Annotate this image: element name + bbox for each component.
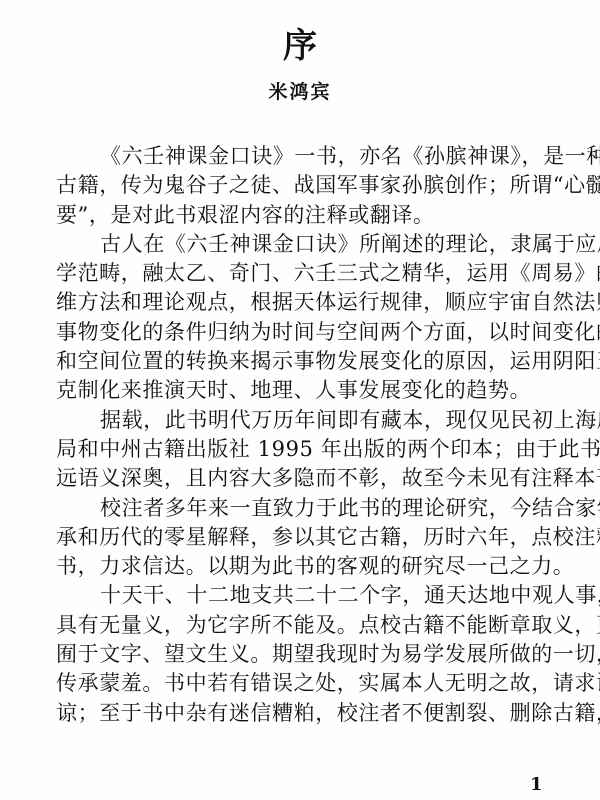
text-line: 学范畴，融太乙、奇门、六壬三式之精华，运用《周易》的思 <box>56 259 562 288</box>
text-line: 具有无量义，为它字所不能及。点校古籍不能断章取义，更不能 <box>56 611 562 640</box>
page-number: 1 <box>530 775 543 795</box>
text-line: 传承蒙羞。书中若有错误之处，实属本人无明之故，请求读者原 <box>56 669 562 698</box>
text-line: 古人在《六壬神课金口诀》所阐述的理论，隶属于应用易 <box>56 230 562 259</box>
text-line: 古籍，传为鬼谷子之徒、战国军事家孙膑创作；所谓“心髓指 <box>56 171 562 200</box>
text-line: 书，力求信达。以期为此书的客观的研究尽一己之力。 <box>56 552 562 581</box>
text-line: 和空间位置的转换来揭示事物发展变化的原因，运用阴阳五行生 <box>56 347 562 376</box>
author-name: 米鸿宾 <box>0 80 600 104</box>
text-line: 十天干、十二地支共二十二个字，通天达地中观人事，字字 <box>56 581 562 610</box>
text-line: 局和中州古籍出版社 1995 年出版的两个印本；由于此书历史久 <box>56 435 562 464</box>
paragraph: 校注者多年来一直致力于此书的理论研究，今结合家学之传 承和历代的零星解释，参以其… <box>56 494 562 582</box>
text-line: 要”，是对此书艰涩内容的注释或翻译。 <box>56 201 562 230</box>
paragraph: 《六壬神课金口诀》一书，亦名《孙膑神课》，是一种稀见 古籍，传为鬼谷子之徒、战国… <box>56 142 562 230</box>
paragraph: 古人在《六壬神课金口诀》所阐述的理论，隶属于应用易 学范畴，融太乙、奇门、六壬三… <box>56 230 562 406</box>
text-line: 维方法和理论观点，根据天体运行规律，顺应宇宙自然法则，将 <box>56 288 562 317</box>
text-line: 囿于文字、望文生义。期望我现时为易学发展所做的一切，不令 <box>56 640 562 669</box>
text-line: 远语义深奥，且内容大多隐而不彰，故至今未见有注释本刊行。 <box>56 464 562 493</box>
text-line: 克制化来推演天时、地理、人事发展变化的趋势。 <box>56 376 562 405</box>
text-line: 事物变化的条件归纳为时间与空间两个方面，以时间变化的规律 <box>56 318 562 347</box>
text-line: 《六壬神课金口诀》一书，亦名《孙膑神课》，是一种稀见 <box>56 142 562 171</box>
page-title: 序 <box>0 26 600 66</box>
text-line: 校注者多年来一直致力于此书的理论研究，今结合家学之传 <box>56 494 562 523</box>
text-line: 承和历代的零星解释，参以其它古籍，历时六年，点校注释全 <box>56 523 562 552</box>
book-page: 序 米鸿宾 《六壬神课金口诀》一书，亦名《孙膑神课》，是一种稀见 古籍，传为鬼谷… <box>0 0 600 800</box>
preface-body: 《六壬神课金口诀》一书，亦名《孙膑神课》，是一种稀见 古籍，传为鬼谷子之徒、战国… <box>56 142 562 728</box>
text-line: 谅；至于书中杂有迷信糟粕，校注者不便割裂、删除古籍，谨如 <box>56 699 562 728</box>
paragraph: 据载，此书明代万历年间即有藏本，现仅见民初上海广益书 局和中州古籍出版社 199… <box>56 406 562 494</box>
text-line: 据载，此书明代万历年间即有藏本，现仅见民初上海广益书 <box>56 406 562 435</box>
paragraph: 十天干、十二地支共二十二个字，通天达地中观人事，字字 具有无量义，为它字所不能及… <box>56 581 562 727</box>
